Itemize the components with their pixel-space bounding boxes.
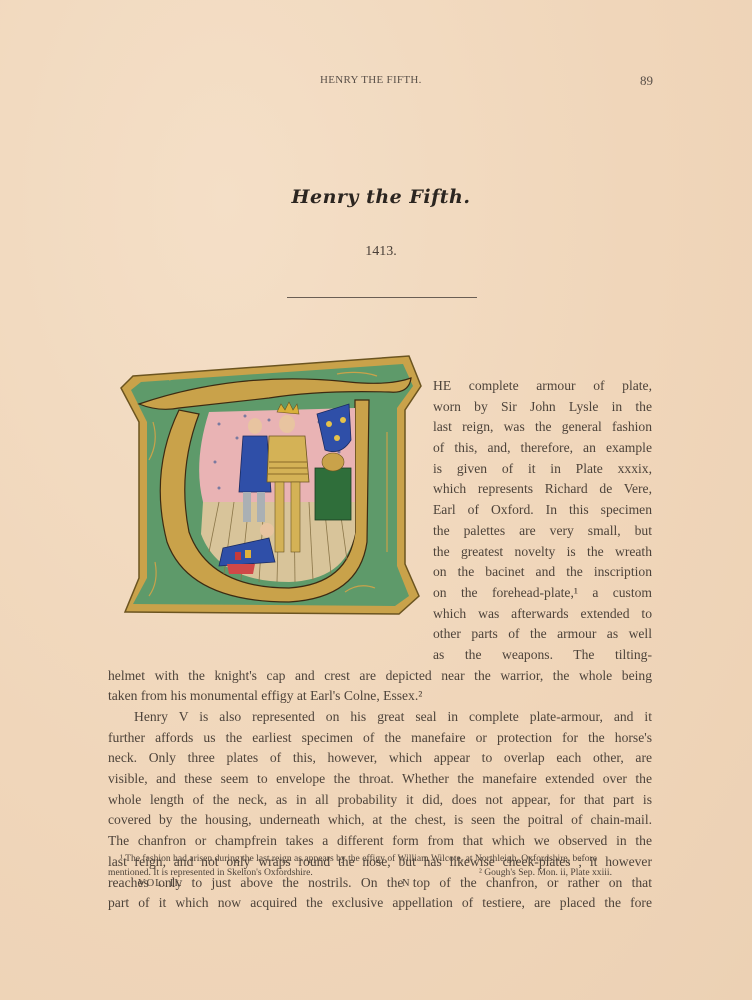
chapter-year: 1413.	[0, 244, 752, 260]
body-line: The chanfron or champfrein takes a diffe…	[108, 831, 652, 852]
footnote-2: ² Gough's Sep. Mon. ii, Plate xxiii.	[479, 866, 612, 880]
body-line: other parts of the armour as well	[433, 624, 652, 645]
book-page: HENRY THE FIFTH. 89 Henry the Fifth. 141…	[0, 0, 752, 1000]
body-line: which represents Richard de Vere,	[433, 479, 652, 500]
body-line: taken from his monumental effigy at Earl…	[108, 686, 652, 707]
volume-label: VOL. II.	[138, 878, 182, 889]
body-line: is given of it in Plate xxxix,	[433, 459, 652, 480]
body-line: which was afterwards extended to	[433, 604, 652, 625]
body-line: on the forehead-plate,¹ a custom	[433, 583, 652, 604]
body-line: the palettes are very small, but	[433, 521, 652, 542]
footnote-1-line-1: ¹ The fashion had arisen during the last…	[108, 852, 652, 866]
chapter-title: Henry the Fifth.	[0, 186, 752, 208]
body-text: HE complete armour of plate, worn by Sir…	[108, 376, 652, 914]
body-line: whole length of the neck, as in all prob…	[108, 790, 652, 811]
body-line: visible, and these seem to envelope the …	[108, 769, 652, 790]
body-line: part of it which now acquired the exclus…	[108, 893, 652, 914]
running-head: HENRY THE FIFTH.	[320, 74, 422, 86]
body-line: helmet with the knight's cap and crest a…	[108, 666, 652, 687]
body-line: on the bacinet and the inscription	[433, 562, 652, 583]
paragraph-start-line: Henry V is also represented on his great…	[108, 707, 652, 728]
body-line: of this, and, therefore, an example	[433, 438, 652, 459]
body-line: HE complete armour of plate,	[433, 376, 652, 397]
body-line: the greatest novelty is the wreath	[433, 542, 652, 563]
body-line: neck. Only three plates of this, however…	[108, 748, 652, 769]
title-rule	[287, 297, 477, 298]
body-line: as the weapons. The tilting-	[433, 645, 652, 666]
body-line: covered by the housing, underneath which…	[108, 810, 652, 831]
body-line: worn by Sir John Lysle in the	[433, 397, 652, 418]
page-number: 89	[640, 73, 653, 89]
body-line: last reign, was the general fashion	[433, 417, 652, 438]
body-line: Earl of Oxford. In this specimen	[433, 500, 652, 521]
body-line: further affords us the earliest specimen…	[108, 728, 652, 749]
signature-mark: N	[402, 878, 410, 889]
footnotes: ¹ The fashion had arisen during the last…	[108, 852, 652, 880]
